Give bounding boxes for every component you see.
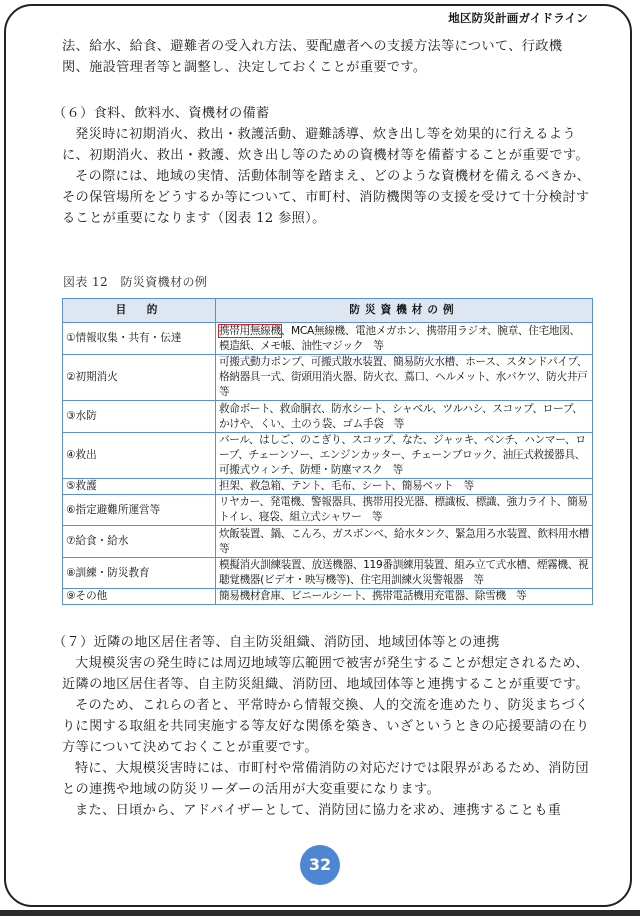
section-6-heading: （６）食料、飲料水、資機材の備蓄 — [53, 103, 592, 124]
page-number-badge: 32 — [300, 845, 340, 885]
table-row: ⑤救護 担架、救急箱、テント、毛布、シート、簡易ベット 等 — [63, 479, 593, 495]
equipment-cell: 炊飯装置、鍋、こんろ、ガスボンベ、給水タンク、緊急用ろ水装置、飲料用水槽 等 — [216, 526, 593, 558]
table-row: ⑦給食・給水 炊飯装置、鍋、こんろ、ガスボンベ、給水タンク、緊急用ろ水装置、飲料… — [63, 526, 593, 558]
table-row: ⑨その他 簡易機材倉庫、ビニールシート、携帯電話機用充電器、除雪機 等 — [63, 589, 593, 605]
table-row: ④救出 バール、はしご、のこぎり、スコップ、なた、ジャッキ、ペンチ、ハンマー、ロ… — [63, 433, 593, 479]
page-bottom-edge — [0, 910, 640, 916]
figure-caption: 図表 12 防災資機材の例 — [63, 273, 207, 290]
table-row: ①情報収集・共有・伝達 携帯用無線機、MCA無線機、電池メガホン、携帯用ラジオ、… — [63, 323, 593, 355]
purpose-cell: ①情報収集・共有・伝達 — [63, 323, 216, 355]
column-header-purpose: 目 的 — [63, 299, 216, 323]
table-row: ⑧訓練・防災教育 模擬消火訓練装置、放送機器、119番訓練用装置、組み立て式水槽… — [63, 558, 593, 589]
purpose-cell: ⑨その他 — [63, 589, 216, 605]
table-row: ③水防 救命ボート、救命胴衣、防水シート、シャベル、ツルハシ、スコップ、ロープ、… — [63, 401, 593, 433]
section-7-paragraph-2: そのため、これらの者と、平常時から情報交換、人的交流を進めたり、防災まちづくりに… — [62, 695, 592, 758]
equipment-cell: 担架、救急箱、テント、毛布、シート、簡易ベット 等 — [216, 479, 593, 495]
purpose-cell: ⑥指定避難所運営等 — [63, 495, 216, 526]
column-header-equipment: 防災資機材の例 — [216, 299, 593, 323]
section-7: （７）近隣の地区居住者等、自主防災組織、消防団、地域団体等との連携 大規模災害の… — [62, 632, 592, 821]
equipment-cell: バール、はしご、のこぎり、スコップ、なた、ジャッキ、ペンチ、ハンマー、ロープ、チ… — [216, 433, 593, 479]
table-row: ⑥指定避難所運営等 リヤカー、発電機、警報器具、携帯用投光器、標識板、標識、強力… — [63, 495, 593, 526]
purpose-cell: ④救出 — [63, 433, 216, 479]
equipment-cell: 簡易機材倉庫、ビニールシート、携帯電話機用充電器、除雪機 等 — [216, 589, 593, 605]
equipment-cell: 可搬式動力ポンプ、可搬式散水装置、簡易防火水槽、ホース、スタンドパイプ、格納器具… — [216, 355, 593, 401]
equipment-cell: 携帯用無線機、MCA無線機、電池メガホン、携帯用ラジオ、腕章、住宅地図、模造紙、… — [216, 323, 593, 355]
document-header-title: 地区防災計画ガイドライン — [448, 10, 588, 26]
intro-line: 法、給水、給食、避難者の受入れ方法、要配慮者への支援方法等について、行政機 — [62, 36, 592, 57]
purpose-cell: ⑤救護 — [63, 479, 216, 495]
intro-paragraph: 法、給水、給食、避難者の受入れ方法、要配慮者への支援方法等について、行政機 関、… — [62, 36, 592, 78]
section-6-paragraph-2: その際には、地域の実情、活動体制等を踏まえ、どのような資機材を備えるべきか、その… — [62, 166, 592, 229]
section-7-paragraph-4: また、日頃から、アドバイザーとして、消防団に協力を求め、連携することも重 — [62, 800, 592, 821]
purpose-cell: ⑦給食・給水 — [63, 526, 216, 558]
equipment-cell: 模擬消火訓練装置、放送機器、119番訓練用装置、組み立て式水槽、煙霧機、視聴覚機… — [216, 558, 593, 589]
equipment-table: 目 的 防災資機材の例 ①情報収集・共有・伝達 携帯用無線機、MCA無線機、電池… — [62, 298, 593, 605]
table-row: ②初期消火 可搬式動力ポンプ、可搬式散水装置、簡易防火水槽、ホース、スタンドパイ… — [63, 355, 593, 401]
equipment-cell: 救命ボート、救命胴衣、防水シート、シャベル、ツルハシ、スコップ、ロープ、かけや、… — [216, 401, 593, 433]
highlighted-item: 携帯用無線機 — [219, 325, 281, 337]
table-header-row: 目 的 防災資機材の例 — [63, 299, 593, 323]
purpose-cell: ②初期消火 — [63, 355, 216, 401]
section-7-heading: （７）近隣の地区居住者等、自主防災組織、消防団、地域団体等との連携 — [53, 632, 592, 653]
purpose-cell: ③水防 — [63, 401, 216, 433]
purpose-cell: ⑧訓練・防災教育 — [63, 558, 216, 589]
section-6-paragraph-1: 発災時に初期消火、救出・救護活動、避難誘導、炊き出し等を効果的に行えるように、初… — [62, 124, 592, 166]
section-7-paragraph-3: 特に、大規模災害時には、市町村や常備消防の対応だけでは限界があるため、消防団との… — [62, 758, 592, 800]
intro-line: 関、施設管理者等と調整し、決定しておくことが重要です。 — [62, 57, 592, 78]
section-7-paragraph-1: 大規模災害の発生時には周辺地域等広範囲で被害が発生することが想定されるため、近隣… — [62, 653, 592, 695]
equipment-cell: リヤカー、発電機、警報器具、携帯用投光器、標識板、標識、強力ライト、簡易トイレ、… — [216, 495, 593, 526]
section-6: （６）食料、飲料水、資機材の備蓄 発災時に初期消火、救出・救護活動、避難誘導、炊… — [62, 103, 592, 229]
